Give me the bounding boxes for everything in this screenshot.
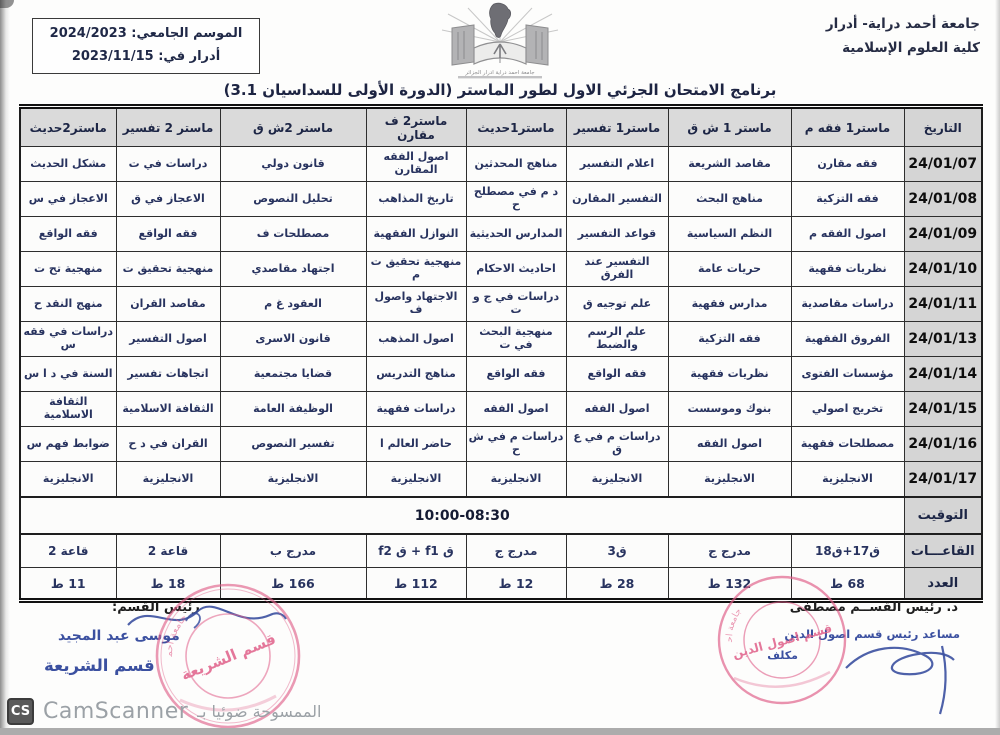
subject-cell: السنة في د ا س — [20, 357, 116, 392]
subject-cell: الفروق الفقهية — [791, 322, 904, 357]
table-head-row: التاريخماستر1 فقه مماستر 1 ش قماستر1 تفس… — [20, 107, 982, 147]
subject-cell: علم الرسم والضبط — [566, 322, 668, 357]
rooms-row: القاعـــاتق17+ق18مدرج جق3مدرج جق f1 + ق … — [20, 534, 982, 568]
subject-cell: دراسات م في ش ح — [466, 427, 566, 462]
subject-cell: اعلام التفسير — [566, 147, 668, 182]
table-row: 24/01/07فقه مقارنمقاصد الشريعةاعلام التف… — [20, 147, 982, 182]
subject-cell: تفسير النصوص — [220, 427, 366, 462]
subject-cell: فقه مقارن — [791, 147, 904, 182]
rooms-label: القاعـــات — [904, 534, 982, 568]
subject-cell: اصول التفسير — [116, 322, 220, 357]
subject-cell: مدارس فقهية — [668, 287, 791, 322]
date-cell: 24/01/09 — [904, 217, 982, 252]
subject-cell: منهجية تحقيق ت — [116, 252, 220, 287]
table-row: 24/01/11دراسات مقاصديةمدارس فقهيةعلم توج… — [20, 287, 982, 322]
subject-cell: التفسير عند الفرق — [566, 252, 668, 287]
table-body: 24/01/07فقه مقارنمقاصد الشريعةاعلام التف… — [20, 147, 982, 601]
subject-cell: فقه التزكية — [668, 322, 791, 357]
subject-cell: الانجليزية — [366, 462, 466, 498]
subject-cell: الانجليزية — [668, 462, 791, 498]
count-cell: 112 ط — [366, 568, 466, 601]
subject-cell: الانجليزية — [566, 462, 668, 498]
subject-cell: نظريات فقهية — [791, 252, 904, 287]
subject-cell: منهجية تحقيق ت م — [366, 252, 466, 287]
subject-cell: اصول الفقه — [668, 427, 791, 462]
date-cell: 24/01/13 — [904, 322, 982, 357]
university-name: جامعة أحمد دراية- أدرار — [826, 13, 980, 37]
date-cell: 24/01/17 — [904, 462, 982, 498]
subject-cell: الثقافة الاسلامية — [20, 392, 116, 427]
subject-cell: الانجليزية — [20, 462, 116, 498]
subject-cell: منهج النقد ح — [20, 287, 116, 322]
column-header: ماستر2 ف مقارن — [366, 107, 466, 147]
subject-cell: اصول المذهب — [366, 322, 466, 357]
subject-cell: د م في مصطلح ح — [466, 182, 566, 217]
subject-cell: الاجتهاد واصول ف — [366, 287, 466, 322]
table-row: 24/01/15تخريج اصوليبنوك وموسستاصول الفقه… — [20, 392, 982, 427]
table-row: 24/01/13الفروق الفقهيةفقه التزكيةعلم الر… — [20, 322, 982, 357]
counts-label: العدد — [904, 568, 982, 601]
timing-value: 10:00-08:30 — [20, 497, 904, 534]
subject-cell: اجتهاد مقاصدي — [220, 252, 366, 287]
camscanner-arabic-text: الممسوحة ضوئيا بـ — [197, 702, 321, 721]
count-cell: 11 ط — [20, 568, 116, 601]
subject-cell: مؤسسات الفتوى — [791, 357, 904, 392]
subject-cell: التفسير المقارن — [566, 182, 668, 217]
subject-cell: العقود غ م — [220, 287, 366, 322]
subject-cell: اصول الفقه — [466, 392, 566, 427]
subject-cell: نظريات فقهية — [668, 357, 791, 392]
subject-cell: علم توجيه ق — [566, 287, 668, 322]
column-header: ماستر1 تفسير — [566, 107, 668, 147]
subject-cell: منهجية البحث في ت — [466, 322, 566, 357]
exam-schedule-table: التاريخماستر1 فقه مماستر 1 ش قماستر1 تفس… — [19, 104, 983, 603]
column-header: ماستر 1 ش ق — [668, 107, 791, 147]
subject-cell: دراسات فقهية — [366, 392, 466, 427]
subject-cell: القران في د ح — [116, 427, 220, 462]
subject-cell: مصطلحات ف — [220, 217, 366, 252]
column-header: ماستر 2ش ق — [220, 107, 366, 147]
date-cell: 24/01/14 — [904, 357, 982, 392]
table-row: 24/01/08فقه التزكيةمناهج البحثالتفسير ال… — [20, 182, 982, 217]
subject-cell: اصول الفقه م — [791, 217, 904, 252]
room-cell: مدرج ج — [668, 534, 791, 568]
table-row: 24/01/16مصطلحات فقهيةاصول الفقهدراسات م … — [20, 427, 982, 462]
date-cell: 24/01/07 — [904, 147, 982, 182]
academic-season: الموسم الجامعي: 2024/2023 — [39, 23, 253, 46]
subject-cell: تاريخ المذاهب — [366, 182, 466, 217]
scan-edge-shadow-left — [0, 0, 10, 735]
subject-cell: الانجليزية — [116, 462, 220, 498]
subject-cell: فقه الواقع — [466, 357, 566, 392]
place-and-date: أدرار في: 2023/11/15 — [39, 46, 253, 69]
column-header: ماستر2حديث — [20, 107, 116, 147]
timing-row: التوقيت10:00-08:30 — [20, 497, 982, 534]
camscanner-brand-text: CamScanner — [43, 699, 188, 724]
left-stamp-ring-text: جامعة احمد دراية ادرار — [150, 580, 189, 658]
subject-cell: اتجاهات تفسير — [116, 357, 220, 392]
subject-cell: قانون دولي — [220, 147, 366, 182]
subject-cell: مقاصد الشريعة — [668, 147, 791, 182]
subject-cell: احاديث الاحكام — [466, 252, 566, 287]
subject-cell: المدارس الحديثية — [466, 217, 566, 252]
room-cell: ق f1 + ق f2 — [366, 534, 466, 568]
table-row: 24/01/17الانجليزيةالانجليزيةالانجليزيةال… — [20, 462, 982, 498]
logo-caption: جامعة احمد دراية ادرار الجزائر — [464, 70, 534, 76]
table-row: 24/01/14مؤسسات الفتوىنظريات فقهيةفقه الو… — [20, 357, 982, 392]
subject-cell: فقه الواقع — [20, 217, 116, 252]
subject-cell: دراسات في فقه س — [20, 322, 116, 357]
subject-cell: الانجليزية — [220, 462, 366, 498]
subject-cell: اصول الفقه — [566, 392, 668, 427]
room-cell: قاعة 2 — [116, 534, 220, 568]
date-cell: 24/01/15 — [904, 392, 982, 427]
subject-cell: تحليل النصوص — [220, 182, 366, 217]
subject-cell: مشكل الحديث — [20, 147, 116, 182]
subject-cell: الاعجاز في س — [20, 182, 116, 217]
subject-cell: دراسات في ت — [116, 147, 220, 182]
subject-cell: مناهج التدريس — [366, 357, 466, 392]
subject-cell: الانجليزية — [466, 462, 566, 498]
university-logo-icon: جامعة احمد دراية ادرار الجزائر — [418, 2, 582, 82]
subject-cell: مقاصد القران — [116, 287, 220, 322]
subject-cell: ضوابط فهم س — [20, 427, 116, 462]
date-cell: 24/01/08 — [904, 182, 982, 217]
subject-cell: دراسات مقاصدية — [791, 287, 904, 322]
subject-cell: دراسات م في ع ق — [566, 427, 668, 462]
camscanner-logo-icon: CS — [7, 698, 34, 725]
column-header: ماستر1 فقه م — [791, 107, 904, 147]
subject-cell: حريات عامة — [668, 252, 791, 287]
subject-cell: فقه التزكية — [791, 182, 904, 217]
subject-cell: فقه الواقع — [116, 217, 220, 252]
column-header: ماستر 2 تفسير — [116, 107, 220, 147]
scan-edge-shadow-right — [995, 0, 1000, 735]
subject-cell: الثقافة الاسلامية — [116, 392, 220, 427]
room-cell: قاعة 2 — [20, 534, 116, 568]
svg-text:جامعة احمد دراية ادرار: جامعة احمد دراية ادرار — [150, 580, 189, 658]
right-department-stamp: جامعة احمد دراية ادرار قسم اصول الدين — [712, 572, 852, 710]
count-cell: 12 ط — [466, 568, 566, 601]
room-cell: ق17+ق18 — [791, 534, 904, 568]
table-row: 24/01/09اصول الفقه مالنظم السياسيةقواعد … — [20, 217, 982, 252]
subject-cell: النوازل الفقهية — [366, 217, 466, 252]
room-cell: مدرج ج — [466, 534, 566, 568]
left-department-name: قسم الشريعة — [44, 656, 155, 675]
left-stamp-center-text: قسم الشريعة — [178, 630, 278, 684]
scanned-document: جامعة أحمد دراية- أدرار كلية العلوم الإس… — [0, 0, 1000, 735]
date-cell: 24/01/11 — [904, 287, 982, 322]
table-row: 24/01/10نظريات فقهيةحريات عامةالتفسير عن… — [20, 252, 982, 287]
subject-cell: فقه الواقع — [566, 357, 668, 392]
subject-cell: حاضر العالم ا — [366, 427, 466, 462]
subject-cell: تخريج اصولي — [791, 392, 904, 427]
document-title: برنامج الامتحان الجزئي الاول لطور الماست… — [0, 81, 1000, 99]
subject-cell: منهجية تح ت — [20, 252, 116, 287]
date-cell: 24/01/16 — [904, 427, 982, 462]
timing-label: التوقيت — [904, 497, 982, 534]
room-cell: مدرج ب — [220, 534, 366, 568]
subject-cell: قضايا مجتمعية — [220, 357, 366, 392]
subject-cell: الاعجاز في ق — [116, 182, 220, 217]
scan-edge-shadow-bottom — [0, 728, 1000, 735]
column-header: ماستر1حديث — [466, 107, 566, 147]
camscanner-watermark: CS CamScanner الممسوحة ضوئيا بـ — [0, 694, 1000, 728]
subject-cell: مناهج البحث — [668, 182, 791, 217]
subject-cell: اصول الفقه المقارن — [366, 147, 466, 182]
count-cell: 28 ط — [566, 568, 668, 601]
date-cell: 24/01/10 — [904, 252, 982, 287]
faculty-name: كلية العلوم الإسلامية — [826, 37, 980, 61]
letterhead: جامعة أحمد دراية- أدرار كلية العلوم الإس… — [826, 13, 980, 60]
subject-cell: الانجليزية — [791, 462, 904, 498]
subject-cell: مناهج المحدثين — [466, 147, 566, 182]
subject-cell: قانون الاسرى — [220, 322, 366, 357]
subject-cell: قواعد التفسير — [566, 217, 668, 252]
date-header: التاريخ — [904, 107, 982, 147]
subject-cell: بنوك وموسست — [668, 392, 791, 427]
subject-cell: مصطلحات فقهية — [791, 427, 904, 462]
subject-cell: الوظيفة العامة — [220, 392, 366, 427]
room-cell: ق3 — [566, 534, 668, 568]
season-date-box: الموسم الجامعي: 2024/2023 أدرار في: 2023… — [32, 18, 260, 74]
subject-cell: النظم السياسية — [668, 217, 791, 252]
subject-cell: دراسات في ج و ت — [466, 287, 566, 322]
